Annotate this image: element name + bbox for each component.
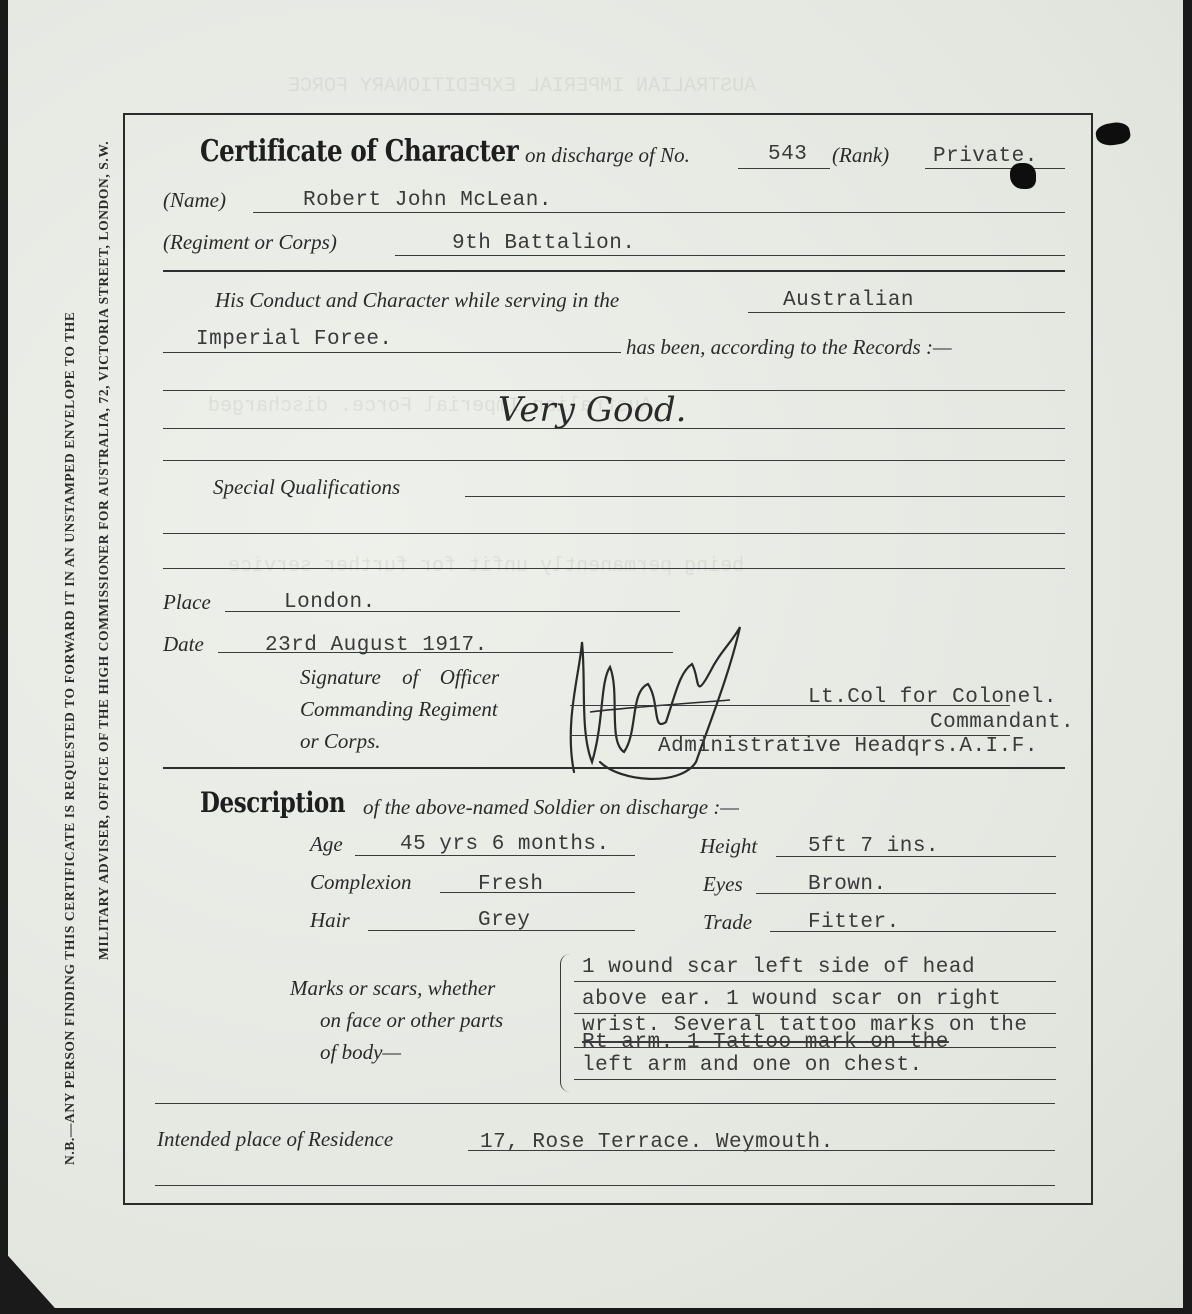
marks-underline-1 xyxy=(574,981,1056,982)
qualifications-label: Special Qualifications xyxy=(213,475,400,499)
height-underline xyxy=(776,856,1056,857)
description-subtitle: of the above-named Soldier on discharge … xyxy=(363,795,739,819)
trade-label: Trade xyxy=(703,910,752,934)
age-underline xyxy=(355,855,635,856)
marks-label-2: on face or other parts xyxy=(320,1008,503,1032)
conduct-line-2 xyxy=(163,428,1065,429)
date-label: Date xyxy=(163,632,204,656)
records-label: has been, according to the Records :— xyxy=(626,335,952,359)
hair-underline xyxy=(368,930,635,931)
service-number: 543 xyxy=(768,143,807,166)
conduct-rating: Very Good. xyxy=(498,390,687,430)
place-label: Place xyxy=(163,590,211,614)
regiment-underline xyxy=(395,255,1065,256)
name-underline xyxy=(253,212,1065,213)
residence-line-2 xyxy=(155,1185,1055,1186)
height-label: Height xyxy=(700,834,757,858)
qualifications-line-2 xyxy=(163,533,1065,534)
show-through-text: AUSTRALIAN IMPERIAL EXPEDITIONARY FORCE xyxy=(288,75,756,98)
signatory-title-1: Lt.Col for Colonel. xyxy=(808,686,1057,709)
regiment-value: 9th Battalion. xyxy=(452,232,635,255)
marks-line-4-struck: Rt arm. 1 Tattoo mark on the xyxy=(582,1031,949,1054)
marks-underline-4 xyxy=(574,1079,1056,1080)
soldier-name: Robert John McLean. xyxy=(303,189,552,212)
complexion-underline xyxy=(440,892,635,893)
description-divider xyxy=(155,1103,1055,1104)
signature-label-2: Commanding Regiment xyxy=(300,697,498,721)
qualifications-line-1 xyxy=(465,496,1065,497)
officer-signature xyxy=(560,612,770,792)
height-value: 5ft 7 ins. xyxy=(808,835,939,858)
date-value: 23rd August 1917. xyxy=(265,634,488,657)
eyes-underline xyxy=(756,893,1056,894)
marks-label-1: Marks or scars, whether xyxy=(290,976,495,1000)
residence-label: Intended place of Residence xyxy=(157,1127,393,1151)
qualifications-line-3 xyxy=(163,568,1065,569)
conduct-line-3 xyxy=(163,460,1065,461)
eyes-label: Eyes xyxy=(703,872,743,896)
signature-label-1: Signature of Officer xyxy=(300,665,499,689)
age-value: 45 yrs 6 months. xyxy=(400,833,610,856)
section-divider xyxy=(163,767,1065,769)
conduct-label: His Conduct and Character while serving … xyxy=(215,288,619,312)
number-underline xyxy=(738,168,830,169)
hair-value: Grey xyxy=(478,909,530,932)
force-line-2: Imperial Foree. xyxy=(196,328,393,351)
side-note-line-1: N.B.—ANY PERSON FINDING THIS CERTIFICATE… xyxy=(62,312,78,1166)
marks-underline-3 xyxy=(574,1047,1056,1048)
marks-label-3: of body— xyxy=(320,1040,401,1064)
marks-line-1: 1 wound scar left side of head xyxy=(582,956,975,979)
signatory-title-2: Commandant. xyxy=(930,711,1074,734)
trade-underline xyxy=(770,931,1056,932)
complexion-label: Complexion xyxy=(310,870,411,894)
force-underline-1 xyxy=(748,312,1065,313)
signature-label-3: or Corps. xyxy=(300,729,381,753)
residence-underline xyxy=(468,1150,1055,1151)
regiment-label: (Regiment or Corps) xyxy=(163,230,337,254)
marks-line-2: above ear. 1 wound scar on right xyxy=(582,988,1001,1011)
discharge-label: on discharge of No. xyxy=(525,143,690,167)
section-divider xyxy=(163,270,1065,272)
name-label: (Name) xyxy=(163,188,226,212)
rank-underline xyxy=(925,168,1065,169)
description-title: Description xyxy=(200,786,345,819)
signatory-title-3: Administrative Headqrs.A.I.F. xyxy=(658,735,1038,758)
marks-line-5: left arm and one on chest. xyxy=(582,1054,923,1077)
age-label: Age xyxy=(310,832,343,856)
ink-blot xyxy=(1010,163,1036,189)
rank-label: (Rank) xyxy=(832,143,889,167)
marks-brace xyxy=(560,954,575,1092)
side-note-line-2: MILITARY ADVISER, OFFICE OF THE HIGH COM… xyxy=(96,141,112,960)
certificate-title: Certificate of Character xyxy=(200,134,518,169)
force-underline-2 xyxy=(163,352,621,353)
force-line-1: Australian xyxy=(783,289,914,312)
hair-label: Hair xyxy=(310,908,350,932)
